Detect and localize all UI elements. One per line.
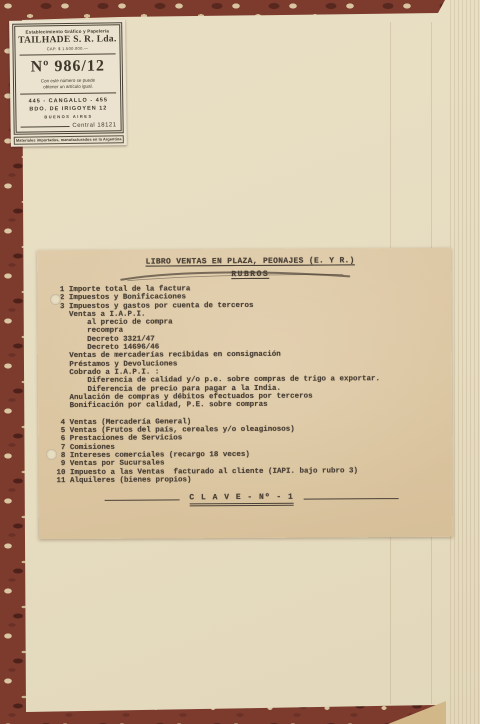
note-footer: C L A V E - Nº - 1 [189,493,293,507]
label-frame-inner: Establecimiento Gráfico y Papelería TAIL… [14,24,121,133]
punch-hole [50,294,61,305]
printer-label: Establecimiento Gráfico y Papelería TAIL… [9,19,127,147]
label-phone-row: Central 18121 [19,123,119,130]
label-address3: BUENOS AIRES [18,114,118,120]
label-divider [20,54,116,56]
note-subtitle: RUBROS [55,269,445,280]
label-note: Con este número se puede obtener un artí… [18,77,118,90]
footer-rule-right [304,498,399,500]
label-note-line2: obtener un artículo igual. [18,83,118,90]
scanned-ledger-cover: Establecimiento Gráfico y Papelería TAIL… [0,0,480,724]
note-footer-row: C L A V E - Nº - 1 [57,492,447,507]
label-address2: BDO. DE IRIGOYEN 12 [18,104,118,114]
note-title: LIBRO VENTAS EN PLAZA, PEONAJES (E. Y R.… [55,256,445,267]
label-phone: Central 18121 [72,123,116,130]
note-line-list: 1 Importe total de la factura 2 Impuesto… [55,284,446,486]
page-edge-streaks [450,0,480,724]
label-frame: Establecimiento Gráfico y Papelería TAIL… [12,22,124,135]
punch-hole [46,449,57,460]
label-divider [20,92,116,94]
footer-rule-left [104,500,179,501]
label-phone-rule [21,126,70,128]
label-company: TAILHADE S. R. Lda. [17,34,117,45]
label-footer-strip: Materiales importados, manufacturados en… [14,136,124,146]
typed-note: LIBRO VENTAS EN PLAZA, PEONAJES (E. Y R.… [37,248,453,540]
label-capital: CAP. $ 1.500.000.— [17,45,117,51]
label-serial-number: Nº 986/12 [18,57,118,76]
note-line: 11 Alquileres (bienes propios) [57,475,447,486]
